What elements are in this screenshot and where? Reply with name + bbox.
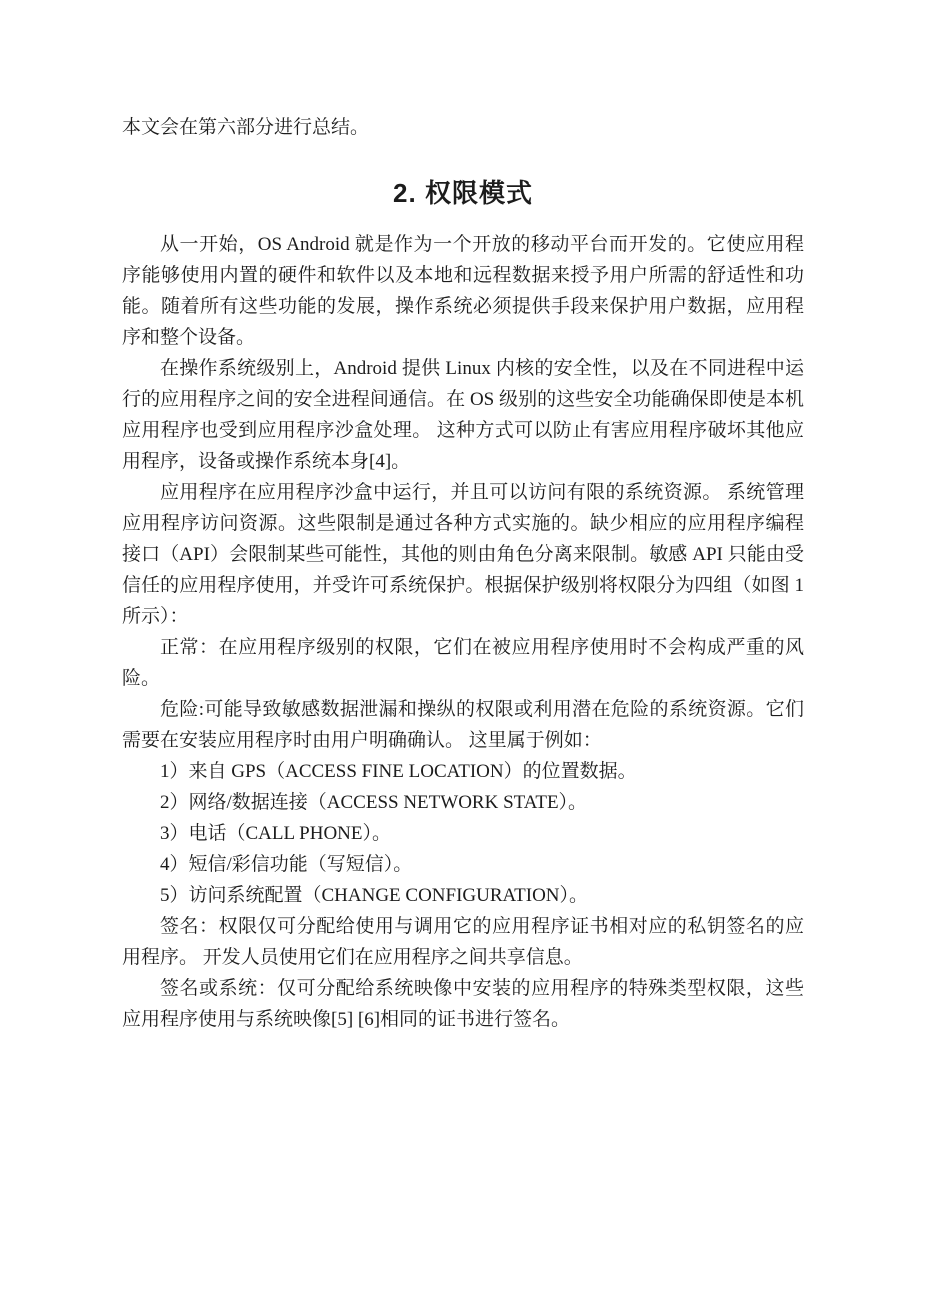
list-item-sms: 4）短信/彩信功能（写短信）。 <box>122 849 804 880</box>
paragraph-signature-permissions: 签名：权限仅可分配给使用与调用它的应用程序证书相对应的私钥签名的应用程序。 开发… <box>122 911 804 973</box>
danger-examples-list: 1）来自 GPS（ACCESS FINE LOCATION）的位置数据。 2）网… <box>122 756 804 911</box>
list-item-config: 5）访问系统配置（CHANGE CONFIGURATION）。 <box>122 880 804 911</box>
document-body: 本文会在第六部分进行总结。 2. 权限模式 从一开始，OS Android 就是… <box>122 112 804 1035</box>
list-item-network: 2）网络/数据连接（ACCESS NETWORK STATE）。 <box>122 787 804 818</box>
paragraph-normal-permissions: 正常：在应用程序级别的权限，它们在被应用程序使用时不会构成严重的风险。 <box>122 632 804 694</box>
paragraph-sandbox-resources: 应用程序在应用程序沙盒中运行，并且可以访问有限的系统资源。 系统管理应用程序访问… <box>122 477 804 632</box>
paragraph-dangerous-permissions: 危险:可能导致敏感数据泄漏和操纵的权限或利用潜在危险的系统资源。它们需要在安装应… <box>122 694 804 756</box>
paragraph-signature-or-system: 签名或系统：仅可分配给系统映像中安装的应用程序的特殊类型权限，这些应用程序使用与… <box>122 973 804 1035</box>
paragraph-os-level-security: 在操作系统级别上，Android 提供 Linux 内核的安全性，以及在不同进程… <box>122 353 804 477</box>
document-page: 本文会在第六部分进行总结。 2. 权限模式 从一开始，OS Android 就是… <box>0 0 926 1309</box>
list-item-phone: 3）电话（CALL PHONE）。 <box>122 818 804 849</box>
paragraph-os-open-platform: 从一开始，OS Android 就是作为一个开放的移动平台而开发的。它使应用程序… <box>122 229 804 353</box>
intro-paragraph: 本文会在第六部分进行总结。 <box>122 112 804 143</box>
section-heading: 2. 权限模式 <box>122 173 804 213</box>
list-item-gps: 1）来自 GPS（ACCESS FINE LOCATION）的位置数据。 <box>122 756 804 787</box>
